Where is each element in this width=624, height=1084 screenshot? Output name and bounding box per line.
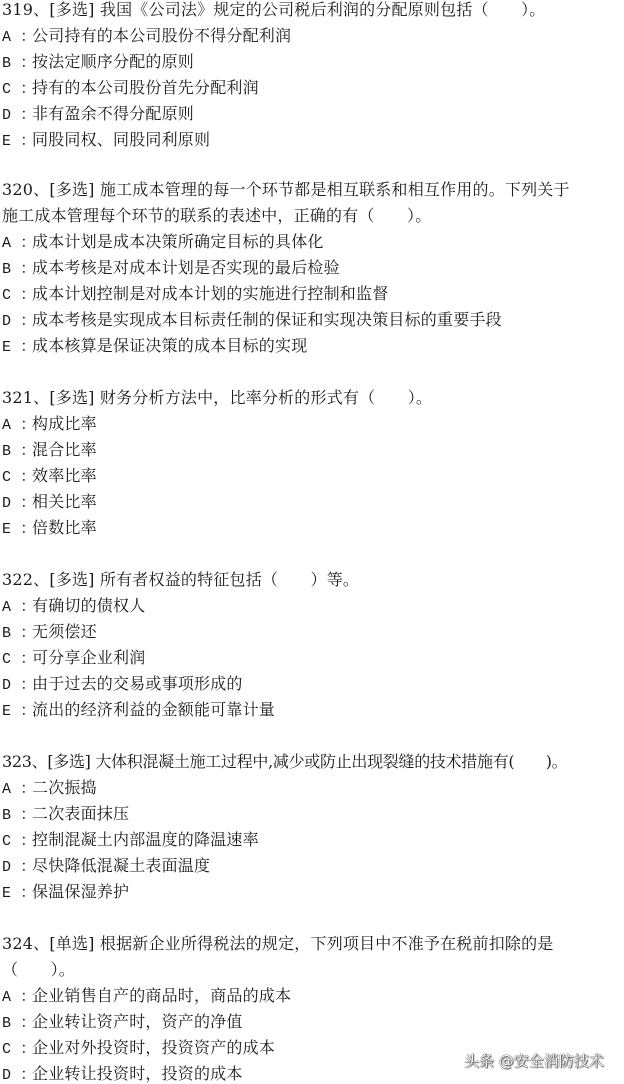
question-324-option-b: B ：企业转让资产时，资产的净值	[2, 1009, 243, 1035]
option-text: 无须偿还	[32, 622, 97, 641]
option-letter: D ：	[2, 673, 32, 699]
question-320-option-e: E ：成本核算是保证决策的成本目标的实现	[2, 333, 307, 359]
option-letter: A ：	[2, 25, 32, 51]
question-321-option-e: E ：倍数比率	[2, 515, 97, 541]
option-text: 成本计划控制是对成本计划的实施进行控制和监督	[32, 284, 388, 303]
option-text: 成本考核是实现成本目标责任制的保证和实现决策目标的重要手段	[32, 310, 502, 329]
option-letter: E ：	[2, 129, 32, 155]
question-320-option-c: C ：成本计划控制是对成本计划的实施进行控制和监督	[2, 281, 388, 307]
option-letter: A ：	[2, 595, 32, 621]
option-text: 相关比率	[32, 492, 97, 511]
option-text: 企业对外投资时，投资资产的成本	[32, 1038, 275, 1057]
option-text: 尽快降低混凝土表面温度	[32, 856, 210, 875]
option-text: 二次表面抹压	[32, 804, 129, 823]
question-321-option-b: B ：混合比率	[2, 437, 97, 463]
option-text: 企业销售自产的商品时，商品的成本	[32, 986, 291, 1005]
option-letter: B ：	[2, 1011, 32, 1037]
option-letter: D ：	[2, 103, 32, 129]
option-text: 企业转让投资时，投资的成本	[32, 1064, 243, 1083]
question-324-title-cont: （ ）。	[2, 957, 75, 983]
question-321-option-c: C ：效率比率	[2, 463, 97, 489]
question-321-option-d: D ：相关比率	[2, 489, 97, 515]
question-322-option-c: C ：可分享企业利润	[2, 645, 145, 671]
question-321-option-a: A ：构成比率	[2, 411, 97, 437]
question-319-option-e: E ：同股同权、同股同利原则	[2, 127, 210, 153]
option-letter: D ：	[2, 491, 32, 517]
question-322-option-b: B ：无须偿还	[2, 619, 97, 645]
question-322-title: 322、[多选] 所有者权益的特征包括（ ）等。	[2, 567, 359, 593]
option-text: 二次振捣	[32, 778, 97, 797]
option-text: 构成比率	[32, 414, 97, 433]
question-319-option-d: D ：非有盈余不得分配原则	[2, 101, 194, 127]
question-321-title: 321、[多选] 财务分析方法中，比率分析的形式有（ ）。	[2, 385, 432, 411]
option-letter: C ：	[2, 829, 32, 855]
option-letter: C ：	[2, 283, 32, 309]
option-letter: C ：	[2, 1037, 32, 1063]
option-text: 流出的经济利益的金额能可靠计量	[32, 700, 275, 719]
question-324-option-a: A ：企业销售自产的商品时，商品的成本	[2, 983, 291, 1009]
option-text: 可分享企业利润	[32, 648, 145, 667]
option-letter: B ：	[2, 257, 32, 283]
option-text: 企业转让资产时，资产的净值	[32, 1012, 243, 1031]
option-text: 同股同权、同股同利原则	[32, 130, 210, 149]
option-text: 成本考核是对成本计划是否实现的最后检验	[32, 258, 340, 277]
option-letter: E ：	[2, 699, 32, 725]
option-text: 控制混凝土内部温度的降温速率	[32, 830, 259, 849]
option-text: 混合比率	[32, 440, 97, 459]
option-text: 效率比率	[32, 466, 97, 485]
option-letter: B ：	[2, 439, 32, 465]
option-text: 保温保湿养护	[32, 882, 129, 901]
option-letter: C ：	[2, 465, 32, 491]
option-letter: C ：	[2, 77, 32, 103]
question-323-option-a: A ：二次振捣	[2, 775, 97, 801]
question-320-option-a: A ：成本计划是成本决策所确定目标的具体化	[2, 229, 324, 255]
option-text: 非有盈余不得分配原则	[32, 104, 194, 123]
option-letter: D ：	[2, 855, 32, 881]
question-323-option-d: D ：尽快降低混凝土表面温度	[2, 853, 210, 879]
option-letter: A ：	[2, 777, 32, 803]
option-letter: E ：	[2, 881, 32, 907]
watermark: 头条 @安全消防技术	[464, 1050, 604, 1071]
option-letter: B ：	[2, 51, 32, 77]
option-letter: B ：	[2, 803, 32, 829]
option-letter: D ：	[2, 309, 32, 335]
question-320-title: 320、[多选] 施工成本管理的每一个环节都是相互联系和相互作用的。下列关于	[2, 177, 570, 203]
option-letter: E ：	[2, 335, 32, 361]
option-letter: B ：	[2, 621, 32, 647]
question-319-title: 319、[多选] 我国《公司法》规定的公司税后利润的分配原则包括（ ）。	[2, 0, 546, 23]
option-letter: A ：	[2, 231, 32, 257]
question-324-title: 324、[单选] 根据新企业所得税法的规定，下列项目中不准予在税前扣除的是	[2, 931, 554, 957]
option-letter: A ：	[2, 985, 32, 1011]
question-323-option-c: C ：控制混凝土内部温度的降温速率	[2, 827, 259, 853]
question-324-option-c: C ：企业对外投资时，投资资产的成本	[2, 1035, 275, 1061]
question-319-option-a: A ：公司持有的本公司股份不得分配利润	[2, 23, 291, 49]
question-322-option-e: E ：流出的经济利益的金额能可靠计量	[2, 697, 275, 723]
option-text: 由于过去的交易或事项形成的	[32, 674, 243, 693]
question-319-option-c: C ：持有的本公司股份首先分配利润	[2, 75, 259, 101]
option-text: 有确切的债权人	[32, 596, 145, 615]
question-323-option-b: B ：二次表面抹压	[2, 801, 129, 827]
question-323-option-e: E ：保温保湿养护	[2, 879, 129, 905]
question-322-option-d: D ：由于过去的交易或事项形成的	[2, 671, 243, 697]
option-letter: D ：	[2, 1063, 32, 1084]
option-letter: A ：	[2, 413, 32, 439]
option-text: 成本计划是成本决策所确定目标的具体化	[32, 232, 324, 251]
question-324-option-d: D ：企业转让投资时，投资的成本	[2, 1061, 243, 1084]
option-text: 倍数比率	[32, 518, 97, 537]
question-320-option-d: D ：成本考核是实现成本目标责任制的保证和实现决策目标的重要手段	[2, 307, 502, 333]
option-letter: C ：	[2, 647, 32, 673]
option-text: 按法定顺序分配的原则	[32, 52, 194, 71]
option-text: 公司持有的本公司股份不得分配利润	[32, 26, 291, 45]
question-322-option-a: A ：有确切的债权人	[2, 593, 145, 619]
question-319-option-b: B ：按法定顺序分配的原则	[2, 49, 194, 75]
question-323-title: 323、[多选] 大体积混凝土施工过程中,减少或防止出现裂缝的技术措施有( )。	[2, 749, 567, 775]
question-320-option-b: B ：成本考核是对成本计划是否实现的最后检验	[2, 255, 340, 281]
question-320-title-cont: 施工成本管理每个环节的联系的表述中，正确的有（ ）。	[2, 203, 431, 229]
option-text: 成本核算是保证决策的成本目标的实现	[32, 336, 307, 355]
option-letter: E ：	[2, 517, 32, 543]
option-text: 持有的本公司股份首先分配利润	[32, 78, 259, 97]
